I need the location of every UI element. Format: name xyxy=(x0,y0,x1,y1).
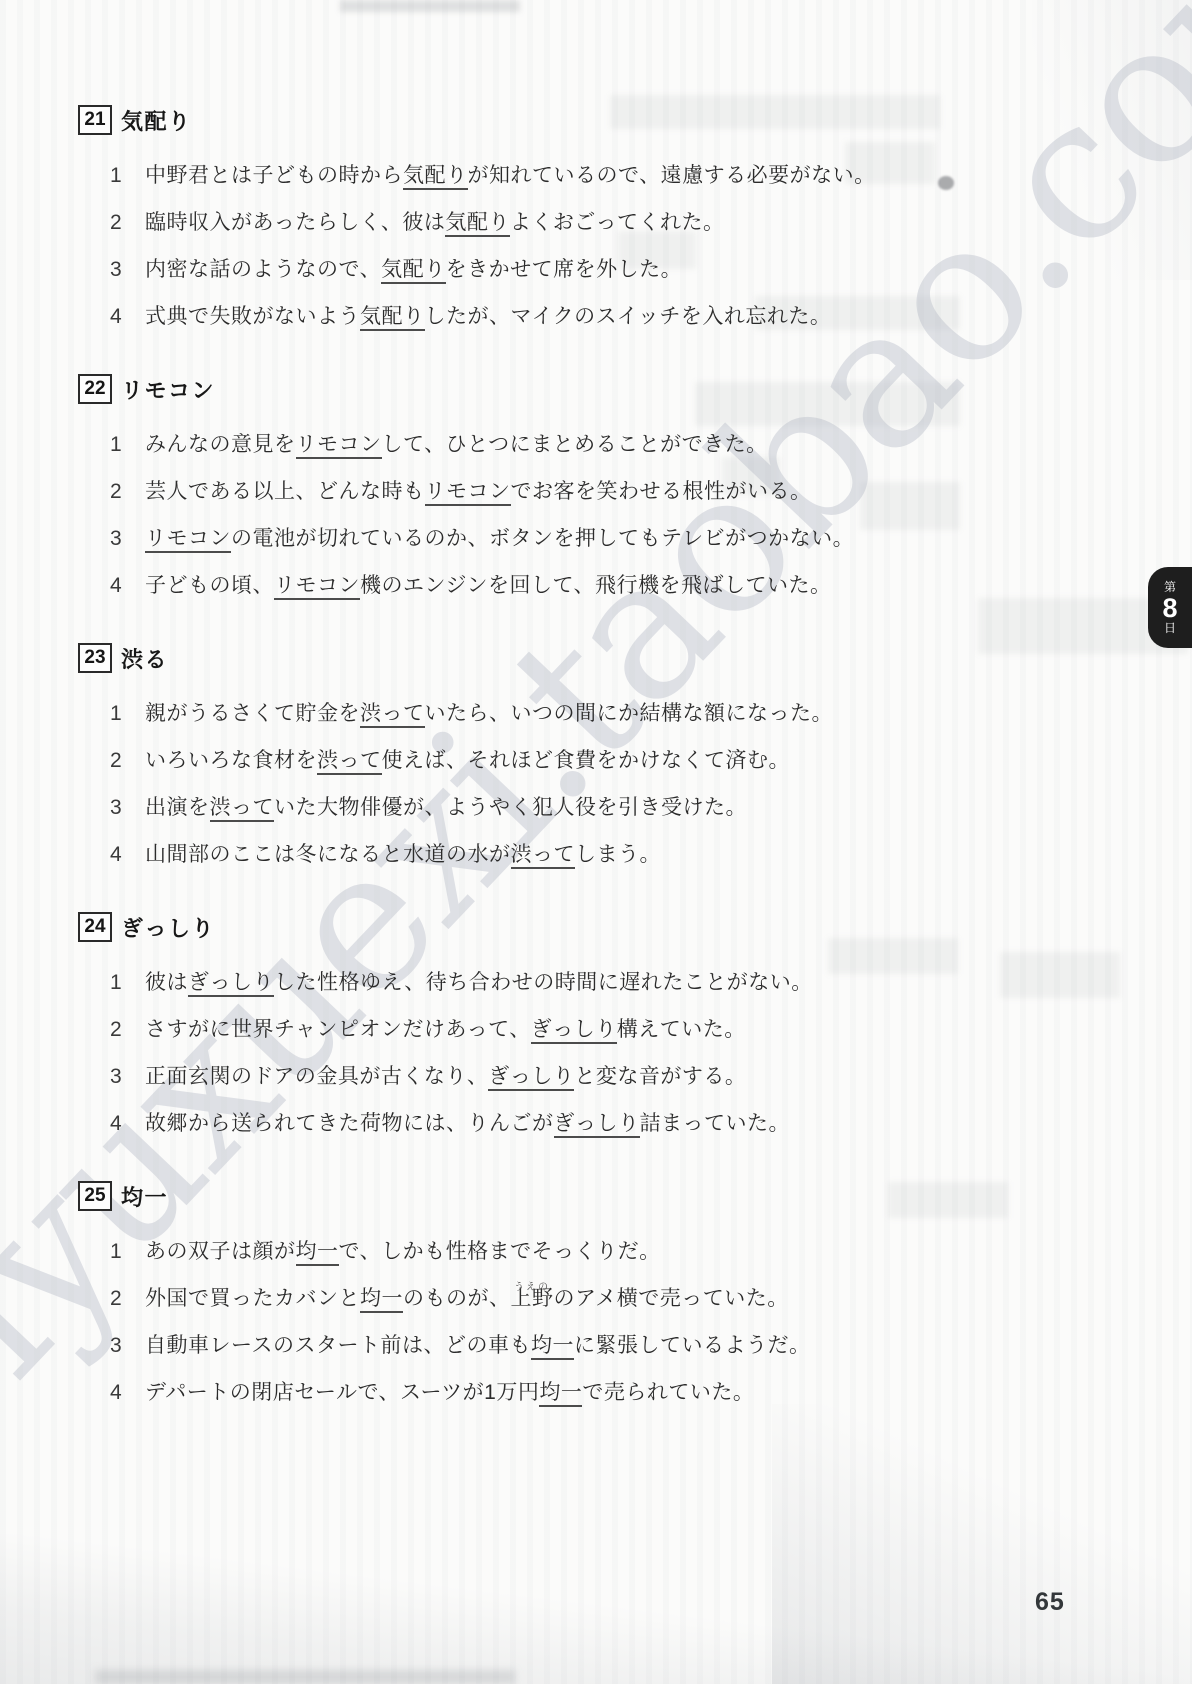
underlined-term: ぎっしり xyxy=(188,971,274,997)
option-sentence: 親がうるさくて貯金を渋っていたら、いつの間にか結構な額になった。 xyxy=(145,700,833,728)
sentence-text: 詰まっていた。 xyxy=(640,1112,791,1135)
underlined-term: リモコン xyxy=(145,527,231,553)
sentence-text: 出演を xyxy=(145,796,210,819)
option-sentence: 芸人である以上、どんな時もリモコンでお客を笑わせる根性がいる。 xyxy=(145,478,812,506)
underlined-term: ぎっしり xyxy=(488,1065,574,1091)
option-sentence: 臨時収入があったらしく、彼は気配りよくおごってくれた。 xyxy=(145,209,724,237)
sentence-text: 正面玄関のドアの金具が古くなり、 xyxy=(145,1065,488,1088)
question-header: 22リモコン xyxy=(78,374,938,404)
sentence-text: したが、マイクのスイッチを入れ忘れた。 xyxy=(425,305,832,328)
sentence-text: いたら、いつの間にか結構な額になった。 xyxy=(425,702,834,725)
question-block: 25均一1あの双子は顔が均一で、しかも性格までそっくりだ。2外国で買ったカバンと… xyxy=(78,1181,938,1407)
sentence-text: で売られていた。 xyxy=(582,1381,754,1404)
option-number: 1 xyxy=(110,162,145,190)
option-list: 1彼はぎっしりした性格ゆえ、待ち合わせの時間に遅れたことがない。2さすがに世界チ… xyxy=(110,969,938,1138)
question-header: 23渋る xyxy=(78,643,938,673)
scanned-textbook-page: riyuxuexi.taobao.com 21気配り1中野君とは子どもの時から気… xyxy=(0,0,1192,1684)
day-tab-prefix: 第 xyxy=(1164,581,1176,594)
option-number: 2 xyxy=(110,209,145,237)
option-sentence: 中野君とは子どもの時から気配りが知れているので、遠慮する必要がない。 xyxy=(145,162,876,190)
sentence-text: 外国で買ったカバンと xyxy=(145,1287,360,1310)
option-sentence: 式典で失敗がないよう気配りしたが、マイクのスイッチを入れ忘れた。 xyxy=(145,303,831,331)
option-row: 4デパートの閉店セールで、スーツが1万円均一で売られていた。 xyxy=(110,1379,938,1407)
sentence-text: 構えていた。 xyxy=(617,1018,746,1041)
option-row: 2外国で買ったカバンと均一のものが、上野うえののアメ横で売っていた。 xyxy=(110,1285,938,1313)
option-row: 2臨時収入があったらしく、彼は気配りよくおごってくれた。 xyxy=(110,209,938,237)
option-number: 1 xyxy=(110,1238,145,1266)
option-list: 1親がうるさくて貯金を渋っていたら、いつの間にか結構な額になった。2いろいろな食… xyxy=(110,700,938,869)
option-number: 3 xyxy=(110,794,145,822)
sentence-text: みんなの意見を xyxy=(145,433,296,456)
sentence-text: 使えば、それほど食費をかけなくて済む。 xyxy=(382,749,791,772)
underlined-term: 渋って xyxy=(511,843,576,869)
ink-speck xyxy=(938,176,954,190)
option-row: 1あの双子は顔が均一で、しかも性格までそっくりだ。 xyxy=(110,1238,938,1266)
day-tab-suffix: 日 xyxy=(1164,622,1176,635)
option-row: 3正面玄関のドアの金具が古くなり、ぎっしりと変な音がする。 xyxy=(110,1063,938,1091)
question-block: 23渋る1親がうるさくて貯金を渋っていたら、いつの間にか結構な額になった。2いろ… xyxy=(78,643,938,869)
question-header: 21気配り xyxy=(78,105,938,135)
option-sentence: 外国で買ったカバンと均一のものが、上野うえののアメ横で売っていた。 xyxy=(145,1285,789,1313)
furigana: うえの xyxy=(514,1274,550,1302)
sentence-text: あの双子は顔が xyxy=(145,1240,296,1263)
option-row: 2さすがに世界チャンピオンだけあって、ぎっしり構えていた。 xyxy=(110,1016,938,1044)
sentence-text: のものが、 xyxy=(403,1287,511,1310)
question-word: リモコン xyxy=(121,374,215,405)
option-row: 3内密な話のようなので、気配りをきかせて席を外した。 xyxy=(110,256,938,284)
underlined-term: 渋って xyxy=(210,796,275,822)
option-number: 2 xyxy=(110,1016,145,1044)
sentence-text: デパートの閉店セールで、スーツが1万円 xyxy=(145,1381,539,1404)
option-number: 4 xyxy=(110,1379,145,1407)
option-sentence: みんなの意見をリモコンして、ひとつにまとめることができた。 xyxy=(145,431,768,459)
sentence-text: 自動車レースのスタート前は、どの車も xyxy=(145,1334,531,1357)
option-number: 3 xyxy=(110,525,145,553)
option-row: 1みんなの意見をリモコンして、ひとつにまとめることができた。 xyxy=(110,431,938,459)
option-sentence: あの双子は顔が均一で、しかも性格までそっくりだ。 xyxy=(145,1238,661,1266)
day-tab-number: 8 xyxy=(1162,594,1177,622)
day-8-tab: 第 8 日 xyxy=(1148,567,1192,648)
question-number-box: 24 xyxy=(78,912,112,942)
top-right-scan-shading xyxy=(1032,0,1192,280)
sentence-text: 親がうるさくて貯金を xyxy=(145,702,360,725)
underlined-term: 均一 xyxy=(296,1240,339,1266)
option-sentence: さすがに世界チャンピオンだけあって、ぎっしり構えていた。 xyxy=(145,1016,746,1044)
question-block: 21気配り1中野君とは子どもの時から気配りが知れているので、遠慮する必要がない。… xyxy=(78,105,938,331)
option-sentence: 出演を渋っていた大物俳優が、ようやく犯人役を引き受けた。 xyxy=(145,794,747,822)
option-sentence: 正面玄関のドアの金具が古くなり、ぎっしりと変な音がする。 xyxy=(145,1063,746,1091)
option-number: 3 xyxy=(110,1332,145,1360)
sentence-text: して、ひとつにまとめることができた。 xyxy=(382,433,768,456)
underlined-term: 渋って xyxy=(360,702,425,728)
underlined-term: リモコン xyxy=(274,574,360,600)
sentence-text: いろいろな食材を xyxy=(145,749,317,772)
option-row: 4式典で失敗がないよう気配りしたが、マイクのスイッチを入れ忘れた。 xyxy=(110,303,938,331)
sentence-text: で、しかも性格までそっくりだ。 xyxy=(339,1240,661,1263)
option-row: 2いろいろな食材を渋って使えば、それほど食費をかけなくて済む。 xyxy=(110,747,938,775)
option-list: 1あの双子は顔が均一で、しかも性格までそっくりだ。2外国で買ったカバンと均一のも… xyxy=(110,1238,938,1407)
question-header: 25均一 xyxy=(78,1181,938,1211)
option-sentence: 故郷から送られてきた荷物には、りんごがぎっしり詰まっていた。 xyxy=(145,1110,790,1138)
option-list: 1みんなの意見をリモコンして、ひとつにまとめることができた。2芸人である以上、ど… xyxy=(110,431,938,600)
option-number: 4 xyxy=(110,572,145,600)
sentence-text: 故郷から送られてきた荷物には、りんごが xyxy=(145,1112,554,1135)
sentence-text: が知れているので、遠慮する必要がない。 xyxy=(468,164,876,187)
option-row: 1彼はぎっしりした性格ゆえ、待ち合わせの時間に遅れたことがない。 xyxy=(110,969,938,997)
bottom-left-edge-shadow xyxy=(95,1670,515,1684)
sentence-text: に緊張しているようだ。 xyxy=(574,1334,811,1357)
question-number-box: 23 xyxy=(78,643,112,673)
option-sentence: デパートの閉店セールで、スーツが1万円均一で売られていた。 xyxy=(145,1379,754,1407)
underlined-term: 気配り xyxy=(445,211,510,237)
sentence-text: さすがに世界チャンピオンだけあって、 xyxy=(145,1018,531,1041)
page-number: 65 xyxy=(1035,1588,1065,1617)
question-word: ぎっしり xyxy=(121,912,215,943)
option-number: 3 xyxy=(110,1063,145,1091)
sentence-text: 内密な話のようなので、 xyxy=(145,258,381,281)
sentence-text: 山間部のここは冬になると水道の水が xyxy=(145,843,511,866)
sentence-text: でお客を笑わせる根性がいる。 xyxy=(511,480,812,503)
page-top-edge-smudge xyxy=(340,0,520,12)
underlined-term: ぎっしり xyxy=(554,1112,640,1138)
question-header: 24ぎっしり xyxy=(78,912,938,942)
option-row: 3自動車レースのスタート前は、どの車も均一に緊張しているようだ。 xyxy=(110,1332,938,1360)
underlined-term: 気配り xyxy=(360,305,425,331)
question-number-box: 25 xyxy=(78,1181,112,1211)
sentence-text: 芸人である以上、どんな時も xyxy=(145,480,425,503)
underlined-term: 均一 xyxy=(539,1381,582,1407)
option-row: 4子どもの頃、リモコン機のエンジンを回して、飛行機を飛ばしていた。 xyxy=(110,572,938,600)
sentence-text: しまう。 xyxy=(575,843,661,866)
sentence-text: 子どもの頃、 xyxy=(145,574,274,597)
underlined-term: 均一 xyxy=(360,1287,403,1313)
option-row: 4故郷から送られてきた荷物には、りんごがぎっしり詰まっていた。 xyxy=(110,1110,938,1138)
bottom-fold-shadow xyxy=(0,1534,1192,1684)
questions: 21気配り1中野君とは子どもの時から気配りが知れているので、遠慮する必要がない。… xyxy=(78,105,938,1450)
option-number: 3 xyxy=(110,256,145,284)
question-block: 24ぎっしり1彼はぎっしりした性格ゆえ、待ち合わせの時間に遅れたことがない。2さ… xyxy=(78,912,938,1138)
question-number-box: 22 xyxy=(78,374,112,404)
option-number: 4 xyxy=(110,841,145,869)
option-sentence: 彼はぎっしりした性格ゆえ、待ち合わせの時間に遅れたことがない。 xyxy=(145,969,813,997)
sentence-text: 臨時収入があったらしく、彼は xyxy=(145,211,445,234)
option-number: 4 xyxy=(110,1110,145,1138)
sentence-text: と変な音がする。 xyxy=(574,1065,746,1088)
option-number: 4 xyxy=(110,303,145,331)
option-sentence: 山間部のここは冬になると水道の水が渋ってしまう。 xyxy=(145,841,661,869)
question-word: 均一 xyxy=(121,1181,168,1212)
question-number-box: 21 xyxy=(78,105,112,135)
sentence-text: いた大物俳優が、ようやく犯人役を引き受けた。 xyxy=(274,796,747,819)
option-number: 1 xyxy=(110,431,145,459)
option-row: 1親がうるさくて貯金を渋っていたら、いつの間にか結構な額になった。 xyxy=(110,700,938,728)
ruby-base-text: 上野うえの xyxy=(511,1287,554,1310)
option-sentence: 子どもの頃、リモコン機のエンジンを回して、飛行機を飛ばしていた。 xyxy=(145,572,832,600)
underlined-term: ぎっしり xyxy=(531,1018,617,1044)
sentence-text: した性格ゆえ、待ち合わせの時間に遅れたことがない。 xyxy=(274,971,813,994)
question-word: 渋る xyxy=(121,643,168,674)
sentence-text: 彼は xyxy=(145,971,188,994)
option-row: 4山間部のここは冬になると水道の水が渋ってしまう。 xyxy=(110,841,938,869)
bleed-through-artifact xyxy=(1000,952,1120,998)
option-sentence: 内密な話のようなので、気配りをきかせて席を外した。 xyxy=(145,256,682,284)
option-number: 1 xyxy=(110,700,145,728)
option-number: 2 xyxy=(110,478,145,506)
option-row: 2芸人である以上、どんな時もリモコンでお客を笑わせる根性がいる。 xyxy=(110,478,938,506)
option-row: 3出演を渋っていた大物俳優が、ようやく犯人役を引き受けた。 xyxy=(110,794,938,822)
sentence-text: の電池が切れているのか、ボタンを押してもテレビがつかない。 xyxy=(231,527,854,550)
underlined-term: 渋って xyxy=(317,749,382,775)
sentence-text: をきかせて席を外した。 xyxy=(446,258,683,281)
sentence-text: よくおごってくれた。 xyxy=(510,211,725,234)
question-word: 気配り xyxy=(121,105,192,136)
option-number: 2 xyxy=(110,1285,145,1313)
option-sentence: いろいろな食材を渋って使えば、それほど食費をかけなくて済む。 xyxy=(145,747,790,775)
sentence-text: 機のエンジンを回して、飛行機を飛ばしていた。 xyxy=(360,574,832,597)
option-number: 1 xyxy=(110,969,145,997)
option-sentence: 自動車レースのスタート前は、どの車も均一に緊張しているようだ。 xyxy=(145,1332,810,1360)
option-row: 1中野君とは子どもの時から気配りが知れているので、遠慮する必要がない。 xyxy=(110,162,938,190)
underlined-term: リモコン xyxy=(296,433,382,459)
option-list: 1中野君とは子どもの時から気配りが知れているので、遠慮する必要がない。2臨時収入… xyxy=(110,162,938,331)
sentence-text: のアメ横で売っていた。 xyxy=(554,1287,789,1310)
underlined-term: 気配り xyxy=(381,258,446,284)
underlined-term: リモコン xyxy=(425,480,511,506)
sentence-text: 式典で失敗がないよう xyxy=(145,305,360,328)
sentence-text: 中野君とは子どもの時から xyxy=(145,164,403,187)
option-number: 2 xyxy=(110,747,145,775)
underlined-term: 均一 xyxy=(531,1334,574,1360)
question-block: 22リモコン1みんなの意見をリモコンして、ひとつにまとめることができた。2芸人で… xyxy=(78,374,938,600)
option-row: 3リモコンの電池が切れているのか、ボタンを押してもテレビがつかない。 xyxy=(110,525,938,553)
option-sentence: リモコンの電池が切れているのか、ボタンを押してもテレビがつかない。 xyxy=(145,525,854,553)
underlined-term: 気配り xyxy=(403,164,468,190)
